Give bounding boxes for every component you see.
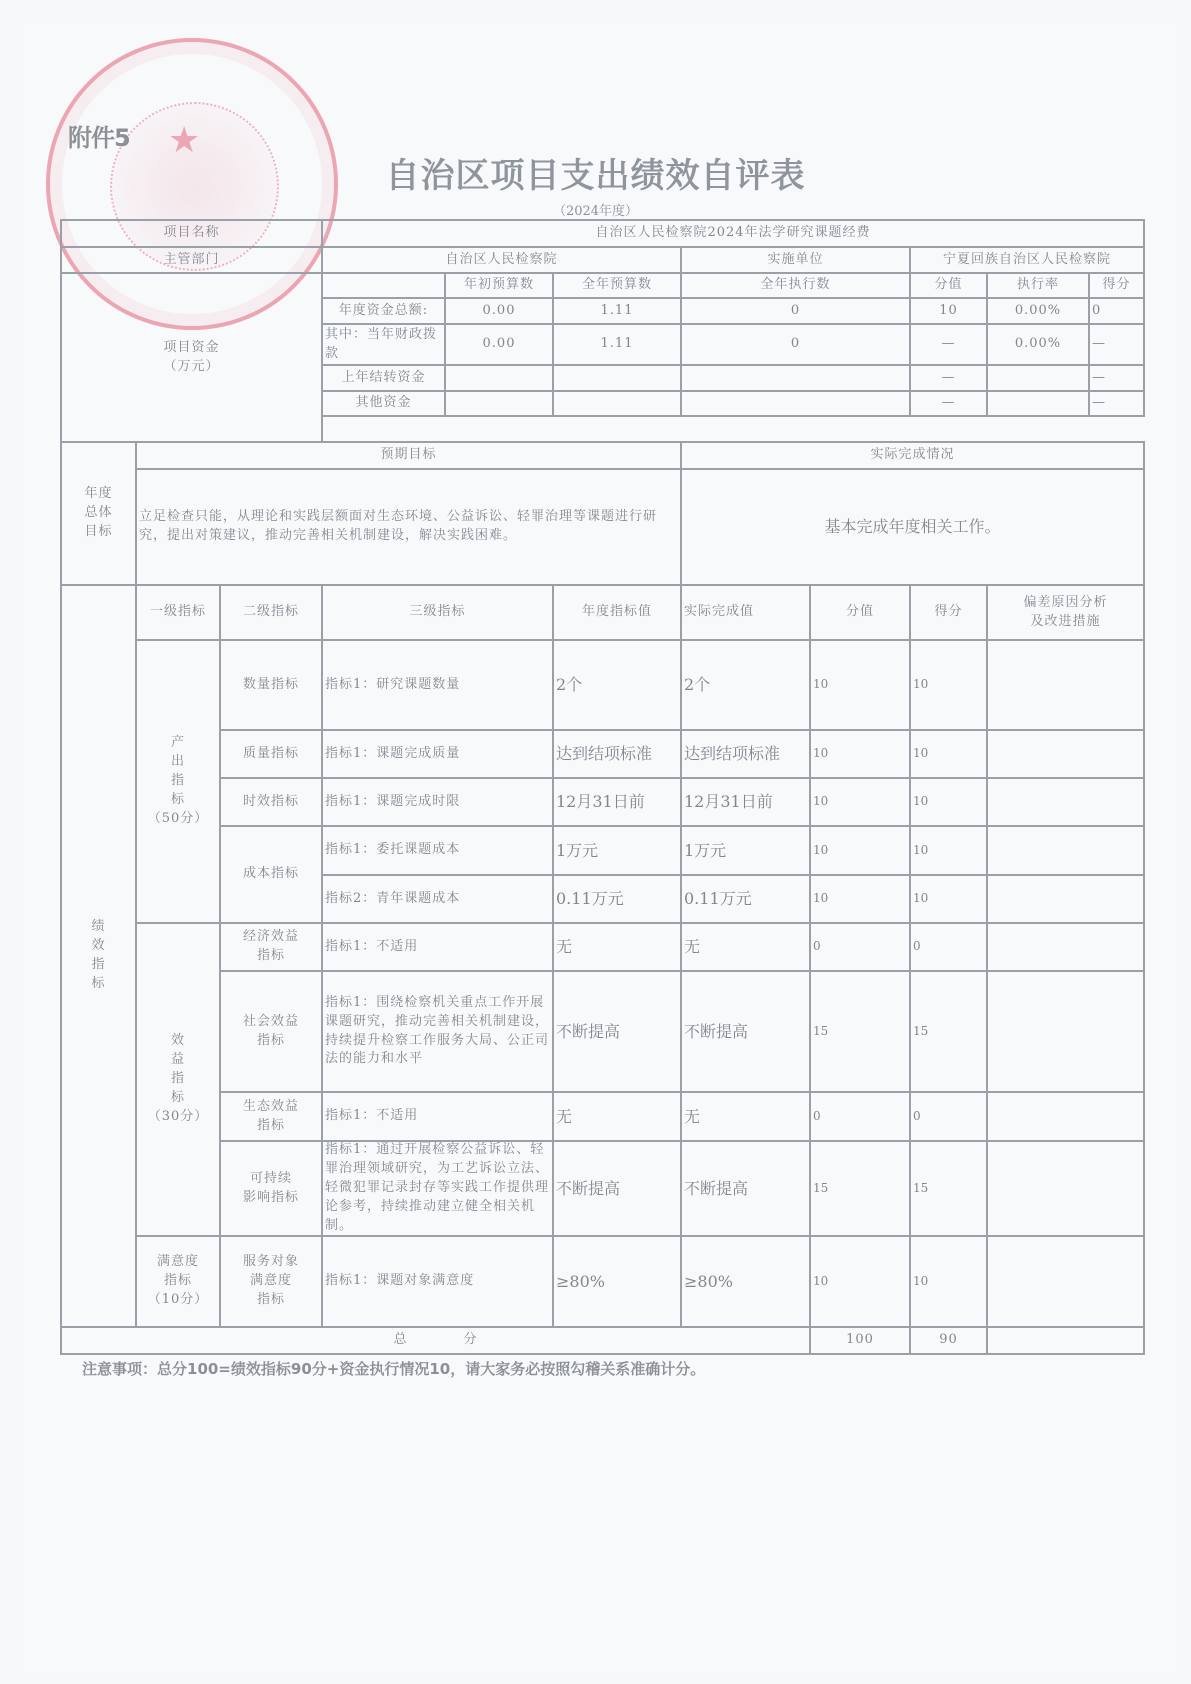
footnote: 注意事项：总分100=绩效指标90分+资金执行情况10，请大家务必按照勾稽关系准… xyxy=(82,1358,705,1379)
funds-rate: 0.00% xyxy=(986,323,1090,366)
funds-header-4-text: 执行率 xyxy=(1017,276,1059,295)
indicator-header-7-text: 偏差原因分析 及改进措施 xyxy=(1023,594,1107,632)
funds-score-value: — xyxy=(909,390,988,417)
total-score: 90 xyxy=(909,1326,988,1355)
score: 10 xyxy=(909,874,988,924)
level2-indicator: 时效指标 xyxy=(219,777,323,827)
indicator-header-0: 一级指标 xyxy=(135,584,221,641)
funds-header-5: 得分 xyxy=(1088,272,1145,299)
total-label-text: 总 分 xyxy=(393,1331,477,1350)
score-text: 10 xyxy=(913,1273,928,1290)
page-title: 自治区项目支出绩效自评表 xyxy=(0,148,1191,197)
funds-rate: 0.00% xyxy=(986,297,1090,325)
score-text: 10 xyxy=(913,890,928,907)
actual-value: 不断提高 xyxy=(680,1140,811,1237)
funds-header-2: 全年执行数 xyxy=(680,272,911,299)
actual-value-text: 不断提高 xyxy=(684,1177,748,1200)
total-blank xyxy=(986,1326,1145,1355)
level1-output: 产 出 指 标 （50分） xyxy=(135,639,221,924)
level2-indicator: 经济效益 指标 xyxy=(219,922,323,972)
actual-header: 实际完成情况 xyxy=(680,441,1145,470)
level1-satisfaction: 满意度 指标 （10分） xyxy=(135,1235,221,1328)
score-value: 10 xyxy=(809,639,911,731)
target-value: 不断提高 xyxy=(552,1140,682,1237)
funds-executed xyxy=(680,364,911,392)
funds-row-label: 上年结转资金 xyxy=(321,364,446,392)
level3-indicator: 指标1：通过开展检察公益诉讼、轻罪治理领域研究，为工艺诉讼立法、轻微犯罪记录封存… xyxy=(321,1140,554,1237)
score: 10 xyxy=(909,639,988,731)
level3-indicator: 指标1：不适用 xyxy=(321,1091,554,1142)
funds-score-value-text: — xyxy=(942,394,956,413)
target-value-text: ≥80% xyxy=(556,1270,605,1293)
score-value-text: 10 xyxy=(813,842,828,859)
score-value-text: 15 xyxy=(813,1023,828,1040)
funds-row-label-text: 其他资金 xyxy=(355,394,411,413)
target-value: 12月31日前 xyxy=(552,777,682,827)
target-value: 0.11万元 xyxy=(552,874,682,924)
project-name-label-text: 项目名称 xyxy=(163,224,219,243)
indicator-header-7: 偏差原因分析 及改进措施 xyxy=(986,584,1145,641)
score-value-text: 10 xyxy=(813,1273,828,1290)
level2-indicator-text: 经济效益 指标 xyxy=(243,928,299,966)
total-value-text: 100 xyxy=(846,1331,874,1350)
funds-rate xyxy=(986,390,1090,417)
deviation-analysis xyxy=(986,970,1145,1093)
level2-indicator-text: 社会效益 指标 xyxy=(243,1013,299,1051)
indicator-header-4: 实际完成值 xyxy=(680,584,811,641)
target-value-text: 12月31日前 xyxy=(556,790,645,813)
level1-output-text: 产 出 指 标 （50分） xyxy=(148,734,209,828)
score-value-text: 10 xyxy=(813,745,828,762)
actual-header-text: 实际完成情况 xyxy=(870,446,954,465)
level2-indicator-text: 服务对象 满意度 指标 xyxy=(243,1253,299,1310)
dept-label-text: 主管部门 xyxy=(163,251,219,270)
level3-indicator: 指标1：课题完成质量 xyxy=(321,729,554,779)
level3-indicator-text: 指标1：通过开展检察公益诉讼、轻罪治理领域研究，为工艺诉讼立法、轻微犯罪记录封存… xyxy=(325,1141,550,1235)
level2-indicator: 成本指标 xyxy=(219,825,323,924)
funds-score-text: 0 xyxy=(1092,302,1101,321)
target-value-text: 无 xyxy=(556,1105,572,1128)
indicator-header-5: 分值 xyxy=(809,584,911,641)
funds-row-label: 年度资金总额: xyxy=(321,297,446,325)
funds-annual xyxy=(552,390,682,417)
funds-annual xyxy=(552,364,682,392)
funds-label: 项目资金 （万元） xyxy=(60,272,323,443)
score-value: 10 xyxy=(809,729,911,779)
level3-indicator-text: 指标1：课题对象满意度 xyxy=(325,1272,474,1291)
score-value: 10 xyxy=(809,777,911,827)
indicator-header-1: 二级指标 xyxy=(219,584,323,641)
target-value: ≥80% xyxy=(552,1235,682,1328)
level3-indicator-text: 指标1：课题完成时限 xyxy=(325,793,460,812)
score-text: 10 xyxy=(913,842,928,859)
target-value-text: 0.11万元 xyxy=(556,887,624,910)
actual-value-text: 不断提高 xyxy=(684,1020,748,1043)
level2-indicator: 可持续 影响指标 xyxy=(219,1140,323,1237)
level3-indicator: 指标2：青年课题成本 xyxy=(321,874,554,924)
target-value: 1万元 xyxy=(552,825,682,876)
funds-header-1: 全年预算数 xyxy=(552,272,682,299)
funds-executed-text: 0 xyxy=(791,335,800,354)
funds-initial xyxy=(444,364,554,392)
funds-row-label-text: 上年结转资金 xyxy=(341,369,425,388)
indicator-header-2: 三级指标 xyxy=(321,584,554,641)
level2-indicator-text: 质量指标 xyxy=(243,745,299,764)
score-text: 15 xyxy=(913,1180,928,1197)
level2-indicator: 数量指标 xyxy=(219,639,323,731)
level2-indicator-text: 时效指标 xyxy=(243,793,299,812)
actual-value-text: ≥80% xyxy=(684,1270,733,1293)
total-value: 100 xyxy=(809,1326,911,1355)
level2-indicator-text: 成本指标 xyxy=(243,865,299,884)
score: 10 xyxy=(909,1235,988,1328)
funds-score-text: — xyxy=(1092,394,1106,413)
indicator-header-3-text: 年度指标值 xyxy=(582,603,652,622)
funds-row-label-text: 年度资金总额: xyxy=(339,302,428,321)
funds-rate-text: 0.00% xyxy=(1015,302,1061,321)
indicator-header-2-text: 三级指标 xyxy=(409,603,465,622)
level1-benefit: 效 益 指 标 （30分） xyxy=(135,922,221,1237)
actual-value: 不断提高 xyxy=(680,970,811,1093)
deviation-analysis xyxy=(986,777,1145,827)
funds-initial-text: 0.00 xyxy=(483,302,516,321)
score-text: 0 xyxy=(913,1108,921,1125)
level3-indicator-text: 指标1：课题完成质量 xyxy=(325,745,460,764)
indicator-header-4-text: 实际完成值 xyxy=(684,603,754,622)
funds-annual: 1.11 xyxy=(552,297,682,325)
score-text: 10 xyxy=(913,745,928,762)
year-subtitle: （2024年度） xyxy=(0,200,1191,219)
score: 15 xyxy=(909,1140,988,1237)
deviation-analysis xyxy=(986,1235,1145,1328)
level2-indicator-text: 数量指标 xyxy=(243,676,299,695)
funds-header-1-text: 全年预算数 xyxy=(582,276,652,295)
goals-label: 年度 总体 目标 xyxy=(60,441,137,586)
indicator-header-6: 得分 xyxy=(909,584,988,641)
project-name-label: 项目名称 xyxy=(60,219,323,248)
expected-goal: 立足检查只能，从理论和实践层额面对生态环境、公益诉讼、轻罪治理等课题进行研究，提… xyxy=(135,468,682,586)
funds-annual: 1.11 xyxy=(552,323,682,366)
level3-indicator-text: 指标2：青年课题成本 xyxy=(325,890,460,909)
level2-indicator: 服务对象 满意度 指标 xyxy=(219,1235,323,1328)
level3-indicator-text: 指标1：围绕检察机关重点工作开展课题研究，推动完善相关机制建设，持续提升检察工作… xyxy=(325,994,550,1069)
funds-score-text: — xyxy=(1092,335,1106,354)
actual-value-text: 无 xyxy=(684,935,700,958)
deviation-analysis xyxy=(986,1140,1145,1237)
funds-score: — xyxy=(1088,323,1145,366)
target-value: 不断提高 xyxy=(552,970,682,1093)
level3-indicator-text: 指标1：不适用 xyxy=(325,938,418,957)
score: 0 xyxy=(909,922,988,972)
funds-header-3: 分值 xyxy=(909,272,988,299)
funds-row-label-text: 其中：当年财政拨款 xyxy=(325,326,442,364)
funds-score: — xyxy=(1088,364,1145,392)
actual-value-text: 0.11万元 xyxy=(684,887,752,910)
expected-header-text: 预期目标 xyxy=(380,446,436,465)
score-value: 15 xyxy=(809,1140,911,1237)
deviation-analysis xyxy=(986,1091,1145,1142)
score-value-text: 0 xyxy=(813,1108,821,1125)
actual-value: ≥80% xyxy=(680,1235,811,1328)
level2-indicator: 质量指标 xyxy=(219,729,323,779)
indicator-header-6-text: 得分 xyxy=(934,603,962,622)
indicators-label: 绩 效 指 标 xyxy=(60,584,137,1328)
level3-indicator-text: 指标1：研究课题数量 xyxy=(325,676,460,695)
funds-executed: 0 xyxy=(680,323,911,366)
score: 10 xyxy=(909,729,988,779)
level2-indicator-text: 可持续 影响指标 xyxy=(243,1170,299,1208)
deviation-analysis xyxy=(986,825,1145,876)
score-text: 0 xyxy=(913,938,921,955)
funds-score-value-text: 10 xyxy=(939,302,958,321)
score-value-text: 10 xyxy=(813,793,828,810)
level3-indicator: 指标1：研究课题数量 xyxy=(321,639,554,731)
score-value: 0 xyxy=(809,922,911,972)
score-value-text: 10 xyxy=(813,676,828,693)
funds-header-5-text: 得分 xyxy=(1102,276,1130,295)
funds-score-value: — xyxy=(909,323,988,366)
level3-indicator-text: 指标1：不适用 xyxy=(325,1107,418,1126)
target-value-text: 无 xyxy=(556,935,572,958)
actual-value-text: 12月31日前 xyxy=(684,790,773,813)
funds-header-blank xyxy=(321,272,446,299)
level3-indicator: 指标1：围绕检察机关重点工作开展课题研究，推动完善相关机制建设，持续提升检察工作… xyxy=(321,970,554,1093)
target-value-text: 达到结项标准 xyxy=(556,742,652,765)
actual-value: 2个 xyxy=(680,639,811,731)
funds-annual-text: 1.11 xyxy=(601,335,634,354)
score-value-text: 15 xyxy=(813,1180,828,1197)
score-value-text: 0 xyxy=(813,938,821,955)
indicators-label-text: 绩 效 指 标 xyxy=(91,918,105,993)
funds-header-0-text: 年初预算数 xyxy=(464,276,534,295)
actual-value: 无 xyxy=(680,1091,811,1142)
funds-initial xyxy=(444,390,554,417)
level2-indicator: 社会效益 指标 xyxy=(219,970,323,1093)
actual-value: 12月31日前 xyxy=(680,777,811,827)
actual-value-text: 达到结项标准 xyxy=(684,742,780,765)
score-text: 10 xyxy=(913,793,928,810)
dept-label: 主管部门 xyxy=(60,246,323,274)
project-name-value: 自治区人民检察院2024年法学研究课题经费 xyxy=(321,219,1145,248)
funds-score-value: — xyxy=(909,364,988,392)
funds-header-0: 年初预算数 xyxy=(444,272,554,299)
level3-indicator-text: 指标1：委托课题成本 xyxy=(325,841,460,860)
target-value-text: 1万元 xyxy=(556,839,598,862)
funds-header-4: 执行率 xyxy=(986,272,1090,299)
actual-value: 0.11万元 xyxy=(680,874,811,924)
funds-initial-text: 0.00 xyxy=(483,335,516,354)
funds-executed: 0 xyxy=(680,297,911,325)
funds-executed-text: 0 xyxy=(791,302,800,321)
indicator-header-3: 年度指标值 xyxy=(552,584,682,641)
level1-benefit-text: 效 益 指 标 （30分） xyxy=(148,1032,209,1126)
dept-value: 自治区人民检察院 xyxy=(321,246,682,274)
deviation-analysis xyxy=(986,922,1145,972)
score-text: 10 xyxy=(913,676,928,693)
score-value: 15 xyxy=(809,970,911,1093)
score-value: 10 xyxy=(809,1235,911,1328)
deviation-analysis xyxy=(986,874,1145,924)
score-value: 10 xyxy=(809,874,911,924)
indicator-header-5-text: 分值 xyxy=(846,603,874,622)
funds-score-value-text: — xyxy=(942,369,956,388)
total-label: 总 分 xyxy=(60,1326,811,1355)
score: 15 xyxy=(909,970,988,1093)
score-value-text: 10 xyxy=(813,890,828,907)
funds-initial: 0.00 xyxy=(444,297,554,325)
expected-header: 预期目标 xyxy=(135,441,682,470)
level2-indicator-text: 生态效益 指标 xyxy=(243,1098,299,1136)
funds-rate xyxy=(986,364,1090,392)
indicator-header-0-text: 一级指标 xyxy=(150,603,206,622)
score: 0 xyxy=(909,1091,988,1142)
level3-indicator: 指标1：课题对象满意度 xyxy=(321,1235,554,1328)
project-name-value-text: 自治区人民检察院2024年法学研究课题经费 xyxy=(595,224,870,243)
score-value: 10 xyxy=(809,825,911,876)
funds-label-text: 项目资金 （万元） xyxy=(163,339,219,377)
expected-goal-text: 立足检查只能，从理论和实践层额面对生态环境、公益诉讼、轻罪治理等课题进行研究，提… xyxy=(139,508,678,546)
target-value-text: 不断提高 xyxy=(556,1177,620,1200)
impl-value-text: 宁夏回族自治区人民检察院 xyxy=(943,251,1111,270)
funds-header-2-text: 全年执行数 xyxy=(760,276,830,295)
impl-value: 宁夏回族自治区人民检察院 xyxy=(909,246,1145,274)
actual-value: 1万元 xyxy=(680,825,811,876)
impl-label-text: 实施单位 xyxy=(767,251,823,270)
funds-row-label: 其他资金 xyxy=(321,390,446,417)
total-score-text: 90 xyxy=(939,1331,958,1350)
level3-indicator: 指标1：委托课题成本 xyxy=(321,825,554,876)
score: 10 xyxy=(909,825,988,876)
funds-score-text: — xyxy=(1092,369,1106,388)
indicator-header-1-text: 二级指标 xyxy=(243,603,299,622)
actual-value: 无 xyxy=(680,922,811,972)
score-text: 15 xyxy=(913,1023,928,1040)
funds-initial: 0.00 xyxy=(444,323,554,366)
actual-result-text: 基本完成年度相关工作。 xyxy=(824,515,1000,538)
funds-row-label: 其中：当年财政拨款 xyxy=(321,323,446,366)
level3-indicator: 指标1：课题完成时限 xyxy=(321,777,554,827)
level2-indicator: 生态效益 指标 xyxy=(219,1091,323,1142)
actual-value-text: 1万元 xyxy=(684,839,726,862)
target-value-text: 不断提高 xyxy=(556,1020,620,1043)
dept-value-text: 自治区人民检察院 xyxy=(445,251,557,270)
target-value: 无 xyxy=(552,922,682,972)
target-value: 无 xyxy=(552,1091,682,1142)
level3-indicator: 指标1：不适用 xyxy=(321,922,554,972)
level1-satisfaction-text: 满意度 指标 （10分） xyxy=(148,1253,209,1310)
funds-header-3-text: 分值 xyxy=(934,276,962,295)
funds-score: — xyxy=(1088,390,1145,417)
actual-value-text: 2个 xyxy=(684,673,710,696)
actual-value: 达到结项标准 xyxy=(680,729,811,779)
funds-score-value: 10 xyxy=(909,297,988,325)
actual-result: 基本完成年度相关工作。 xyxy=(680,468,1145,586)
target-value: 达到结项标准 xyxy=(552,729,682,779)
deviation-analysis xyxy=(986,639,1145,731)
target-value: 2个 xyxy=(552,639,682,731)
funds-score: 0 xyxy=(1088,297,1145,325)
actual-value-text: 无 xyxy=(684,1105,700,1128)
funds-rate-text: 0.00% xyxy=(1015,335,1061,354)
score: 10 xyxy=(909,777,988,827)
deviation-analysis xyxy=(986,729,1145,779)
funds-executed xyxy=(680,390,911,417)
target-value-text: 2个 xyxy=(556,673,582,696)
goals-label-text: 年度 总体 目标 xyxy=(84,485,112,542)
funds-score-value-text: — xyxy=(942,335,956,354)
score-value: 0 xyxy=(809,1091,911,1142)
impl-label: 实施单位 xyxy=(680,246,911,274)
funds-annual-text: 1.11 xyxy=(601,302,634,321)
